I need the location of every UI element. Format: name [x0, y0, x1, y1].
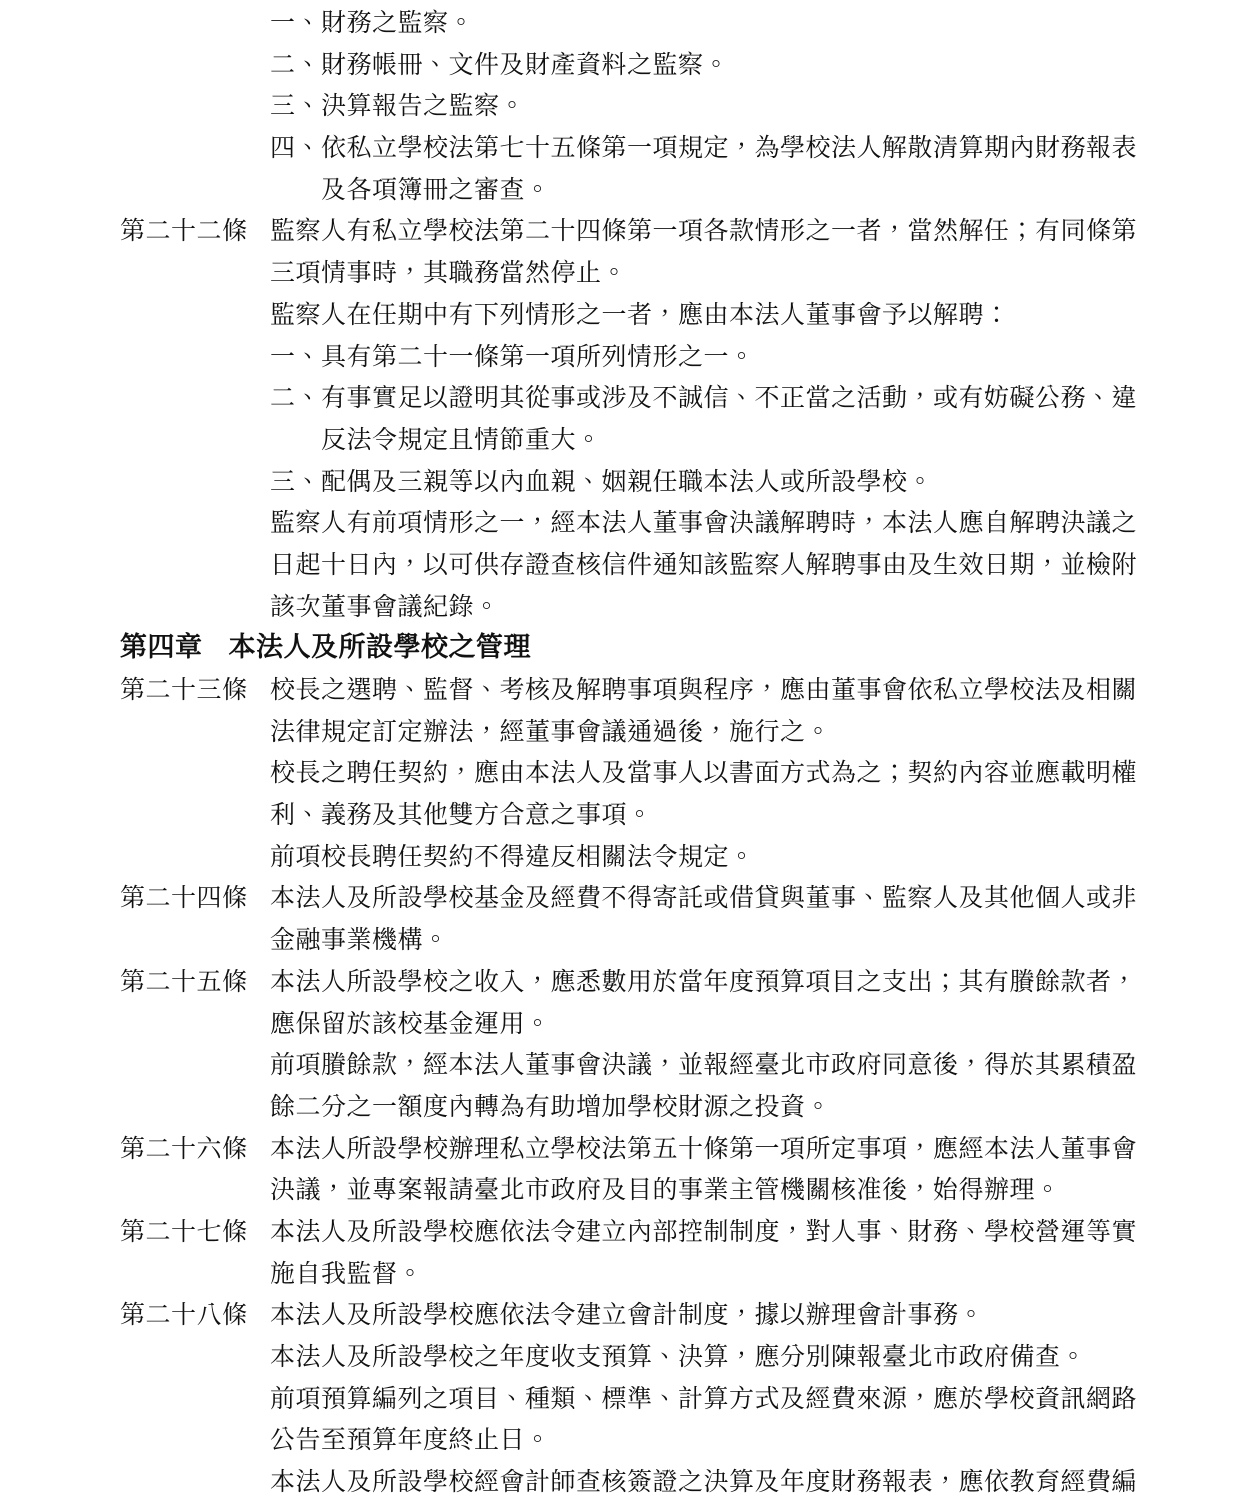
- article-number: 第二十二條: [120, 210, 270, 252]
- article-line: 第二十八條本法人及所設學校應依法令建立會計制度，據以辦理會計事務。: [120, 1294, 1238, 1336]
- line-text: 一、財務之監察。: [270, 2, 474, 44]
- article-number: 第二十四條: [120, 877, 270, 919]
- text-line: 決議，並專案報請臺北市政府及目的事業主管機關核准後，始得辦理。: [120, 1169, 1238, 1211]
- document-body: 一、財務之監察。二、財務帳冊、文件及財產資料之監察。三、決算報告之監察。四、依私…: [120, 2, 1238, 1503]
- text-line: 校長之聘任契約，應由本法人及當事人以書面方式為之；契約內容並應載明權: [120, 752, 1238, 794]
- chapter-number: 第四章: [120, 627, 203, 669]
- text-line: 法律規定訂定辦法，經董事會議通過後，施行之。: [120, 711, 1238, 753]
- line-text: 應保留於該校基金運用。: [270, 1003, 551, 1045]
- line-text: 四、依私立學校法第七十五條第一項規定，為學校法人解散清算期內財務報表: [270, 127, 1137, 169]
- text-line: 前項預算編列之項目、種類、標準、計算方式及經費來源，應於學校資訊網路: [120, 1378, 1238, 1420]
- line-text: 監察人在任期中有下列情形之一者，應由本法人董事會予以解聘：: [270, 294, 1010, 336]
- text-line: 日起十日內，以可供存證查核信件通知該監察人解聘事由及生效日期，並檢附: [120, 544, 1238, 586]
- article-line: 第二十二條監察人有私立學校法第二十四條第一項各款情形之一者，當然解任；有同條第: [120, 210, 1238, 252]
- article-line: 第二十三條校長之選聘、監督、考核及解聘事項與程序，應由董事會依私立學校法及相關: [120, 669, 1238, 711]
- line-text: 本法人及所設學校應依法令建立會計制度，據以辦理會計事務。: [270, 1294, 984, 1336]
- text-line: 反法令規定且情節重大。: [120, 419, 1238, 461]
- article-line: 第二十四條本法人及所設學校基金及經費不得寄託或借貸與董事、監察人及其他個人或非: [120, 877, 1238, 919]
- article-number: 第二十八條: [120, 1294, 270, 1336]
- line-text: 本法人所設學校之收入，應悉數用於當年度預算項目之支出；其有賸餘款者，: [270, 961, 1137, 1003]
- text-line: 施自我監督。: [120, 1253, 1238, 1295]
- line-text: 監察人有私立學校法第二十四條第一項各款情形之一者，當然解任；有同條第: [270, 210, 1137, 252]
- text-line: 及各項簿冊之審查。: [120, 169, 1238, 211]
- article-number: 第二十五條: [120, 961, 270, 1003]
- line-text: 一、具有第二十一條第一項所列情形之一。: [270, 336, 755, 378]
- line-text: 法律規定訂定辦法，經董事會議通過後，施行之。: [270, 711, 831, 753]
- line-text: 三、決算報告之監察。: [270, 85, 525, 127]
- line-text: 三、配偶及三親等以內血親、姻親任職本法人或所設學校。: [270, 461, 933, 503]
- line-text: 反法令規定且情節重大。: [321, 419, 602, 461]
- text-line: 本法人及所設學校經會計師查核簽證之決算及年度財務報表，應依教育經費編: [120, 1461, 1238, 1503]
- text-line: 本法人及所設學校之年度收支預算、決算，應分別陳報臺北市政府備查。: [120, 1336, 1238, 1378]
- line-text: 及各項簿冊之審查。: [321, 169, 551, 211]
- line-text: 餘二分之一額度內轉為有助增加學校財源之投資。: [270, 1086, 831, 1128]
- line-text: 前項校長聘任契約不得違反相關法令規定。: [270, 836, 755, 878]
- line-text: 公告至預算年度終止日。: [270, 1419, 551, 1461]
- article-line: 第二十六條本法人所設學校辦理私立學校法第五十條第一項所定事項，應經本法人董事會: [120, 1128, 1238, 1170]
- line-text: 監察人有前項情形之一，經本法人董事會決議解聘時，本法人應自解聘決議之: [270, 502, 1137, 544]
- text-line: 應保留於該校基金運用。: [120, 1003, 1238, 1045]
- line-text: 該次董事會議紀錄。: [270, 586, 500, 628]
- article-number: 第二十三條: [120, 669, 270, 711]
- text-line: 三、配偶及三親等以內血親、姻親任職本法人或所設學校。: [120, 461, 1238, 503]
- text-line: 監察人有前項情形之一，經本法人董事會決議解聘時，本法人應自解聘決議之: [120, 502, 1238, 544]
- line-text: 利、義務及其他雙方合意之事項。: [270, 794, 653, 836]
- text-line: 公告至預算年度終止日。: [120, 1419, 1238, 1461]
- line-text: 金融事業機構。: [270, 919, 449, 961]
- text-line: 餘二分之一額度內轉為有助增加學校財源之投資。: [120, 1086, 1238, 1128]
- chapter-title: 本法人及所設學校之管理: [229, 627, 532, 669]
- text-line: 二、有事實足以證明其從事或涉及不誠信、不正當之活動，或有妨礙公務、違: [120, 377, 1238, 419]
- article-line: 第二十五條本法人所設學校之收入，應悉數用於當年度預算項目之支出；其有賸餘款者，: [120, 961, 1238, 1003]
- article-line: 第二十七條本法人及所設學校應依法令建立內部控制制度，對人事、財務、學校營運等實: [120, 1211, 1238, 1253]
- line-text: 二、有事實足以證明其從事或涉及不誠信、不正當之活動，或有妨礙公務、違: [270, 377, 1137, 419]
- line-text: 三項情事時，其職務當然停止。: [270, 252, 627, 294]
- text-line: 三、決算報告之監察。: [120, 85, 1238, 127]
- line-text: 二、財務帳冊、文件及財產資料之監察。: [270, 44, 729, 86]
- text-line: 三項情事時，其職務當然停止。: [120, 252, 1238, 294]
- text-line: 前項賸餘款，經本法人董事會決議，並報經臺北市政府同意後，得於其累積盈: [120, 1044, 1238, 1086]
- line-text: 決議，並專案報請臺北市政府及目的事業主管機關核准後，始得辦理。: [270, 1169, 1061, 1211]
- line-text: 前項賸餘款，經本法人董事會決議，並報經臺北市政府同意後，得於其累積盈: [270, 1044, 1137, 1086]
- line-text: 施自我監督。: [270, 1253, 423, 1295]
- text-line: 二、財務帳冊、文件及財產資料之監察。: [120, 44, 1238, 86]
- line-text: 前項預算編列之項目、種類、標準、計算方式及經費來源，應於學校資訊網路: [270, 1378, 1137, 1420]
- line-text: 校長之聘任契約，應由本法人及當事人以書面方式為之；契約內容並應載明權: [270, 752, 1137, 794]
- line-text: 本法人及所設學校經會計師查核簽證之決算及年度財務報表，應依教育經費編: [270, 1461, 1137, 1503]
- document-page: 一、財務之監察。二、財務帳冊、文件及財產資料之監察。三、決算報告之監察。四、依私…: [0, 0, 1238, 1503]
- line-text: 本法人及所設學校基金及經費不得寄託或借貸與董事、監察人及其他個人或非: [270, 877, 1137, 919]
- text-line: 監察人在任期中有下列情形之一者，應由本法人董事會予以解聘：: [120, 294, 1238, 336]
- text-line: 金融事業機構。: [120, 919, 1238, 961]
- line-text: 本法人所設學校辦理私立學校法第五十條第一項所定事項，應經本法人董事會: [270, 1128, 1137, 1170]
- text-line: 該次董事會議紀錄。: [120, 586, 1238, 628]
- text-line: 前項校長聘任契約不得違反相關法令規定。: [120, 836, 1238, 878]
- line-text: 本法人及所設學校之年度收支預算、決算，應分別陳報臺北市政府備查。: [270, 1336, 1086, 1378]
- text-line: 一、財務之監察。: [120, 2, 1238, 44]
- article-number: 第二十七條: [120, 1211, 270, 1253]
- text-line: 利、義務及其他雙方合意之事項。: [120, 794, 1238, 836]
- chapter-heading: 第四章本法人及所設學校之管理: [120, 627, 1238, 669]
- line-text: 校長之選聘、監督、考核及解聘事項與程序，應由董事會依私立學校法及相關: [270, 669, 1137, 711]
- article-number: 第二十六條: [120, 1128, 270, 1170]
- line-text: 日起十日內，以可供存證查核信件通知該監察人解聘事由及生效日期，並檢附: [270, 544, 1137, 586]
- line-text: 本法人及所設學校應依法令建立內部控制制度，對人事、財務、學校營運等實: [270, 1211, 1137, 1253]
- text-line: 四、依私立學校法第七十五條第一項規定，為學校法人解散清算期內財務報表: [120, 127, 1238, 169]
- text-line: 一、具有第二十一條第一項所列情形之一。: [120, 336, 1238, 378]
